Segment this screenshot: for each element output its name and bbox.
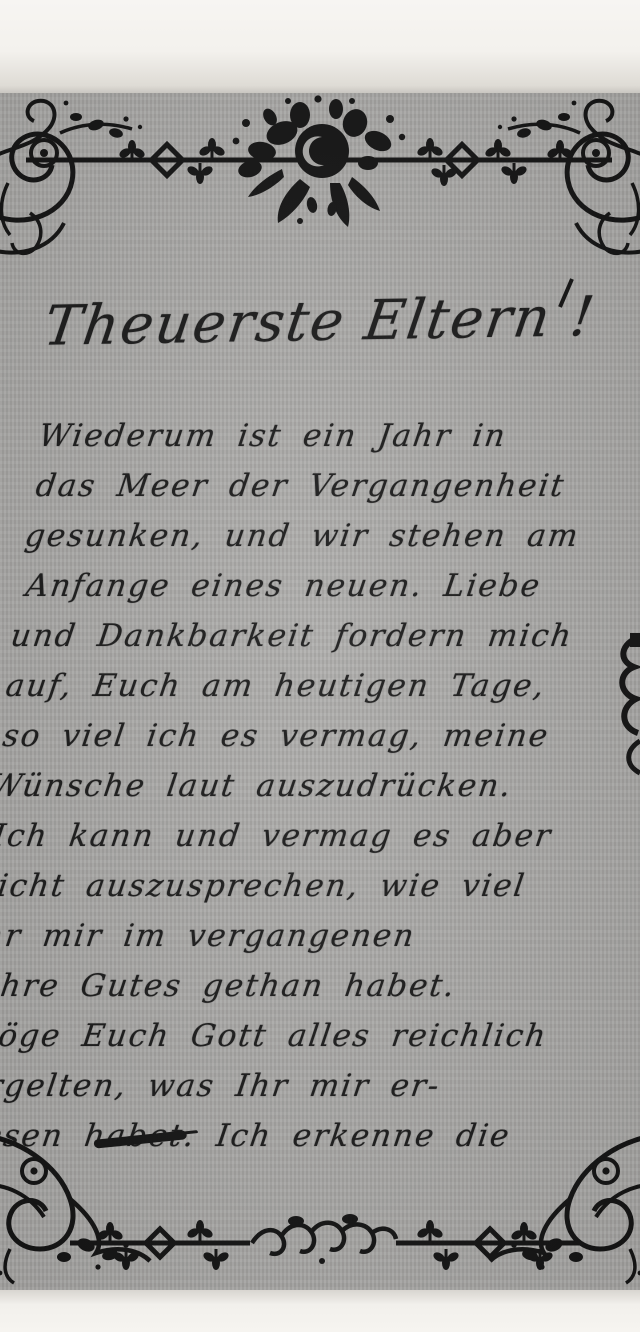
letter-line: Ihr mir im vergangenen — [0, 911, 636, 961]
letter-line: Wünsche laut auszudrücken. — [0, 761, 640, 811]
letter-line: vergelten, was Ihr mir er- — [0, 1061, 615, 1111]
scan-margin-top — [0, 0, 640, 93]
letter-line: das Meer der Vergangenheit — [33, 461, 640, 511]
letter-line: nicht auszusprechen, wie viel — [0, 861, 640, 911]
letter-line: so viel ich es vermag, meine — [0, 711, 640, 761]
letter-line: auf, Euch am heutigen Tage, — [3, 661, 640, 711]
scroll-motif-icon — [252, 1214, 396, 1264]
letter-body: Wiederum ist ein Jahr in das Meer der Ve… — [0, 411, 640, 1161]
letter-paper: Theuerste Eltern ! Wiederum ist ein Jahr… — [0, 93, 640, 1290]
scanned-letter-page: Theuerste Eltern ! Wiederum ist ein Jahr… — [0, 0, 640, 1332]
letter-line: gesunken, und wir stehen am — [22, 511, 640, 561]
letter-line: und Dankbarkeit fordern mich — [8, 611, 640, 661]
letter-line: Jahre Gutes gethan habet. — [0, 961, 633, 1011]
letter-line: Ich kann und vermag es aber — [0, 811, 640, 861]
letter-line: Anfange eines neuen. Liebe — [23, 561, 640, 611]
letter-line: Wiederum ist ein Jahr in — [36, 411, 640, 461]
letter-line: Möge Euch Gott alles reichlich — [0, 1011, 632, 1061]
bottom-border-ornament — [0, 1125, 640, 1290]
scan-margin-bottom — [0, 1290, 640, 1332]
letter-salutation: Theuerste Eltern ! — [0, 283, 640, 358]
